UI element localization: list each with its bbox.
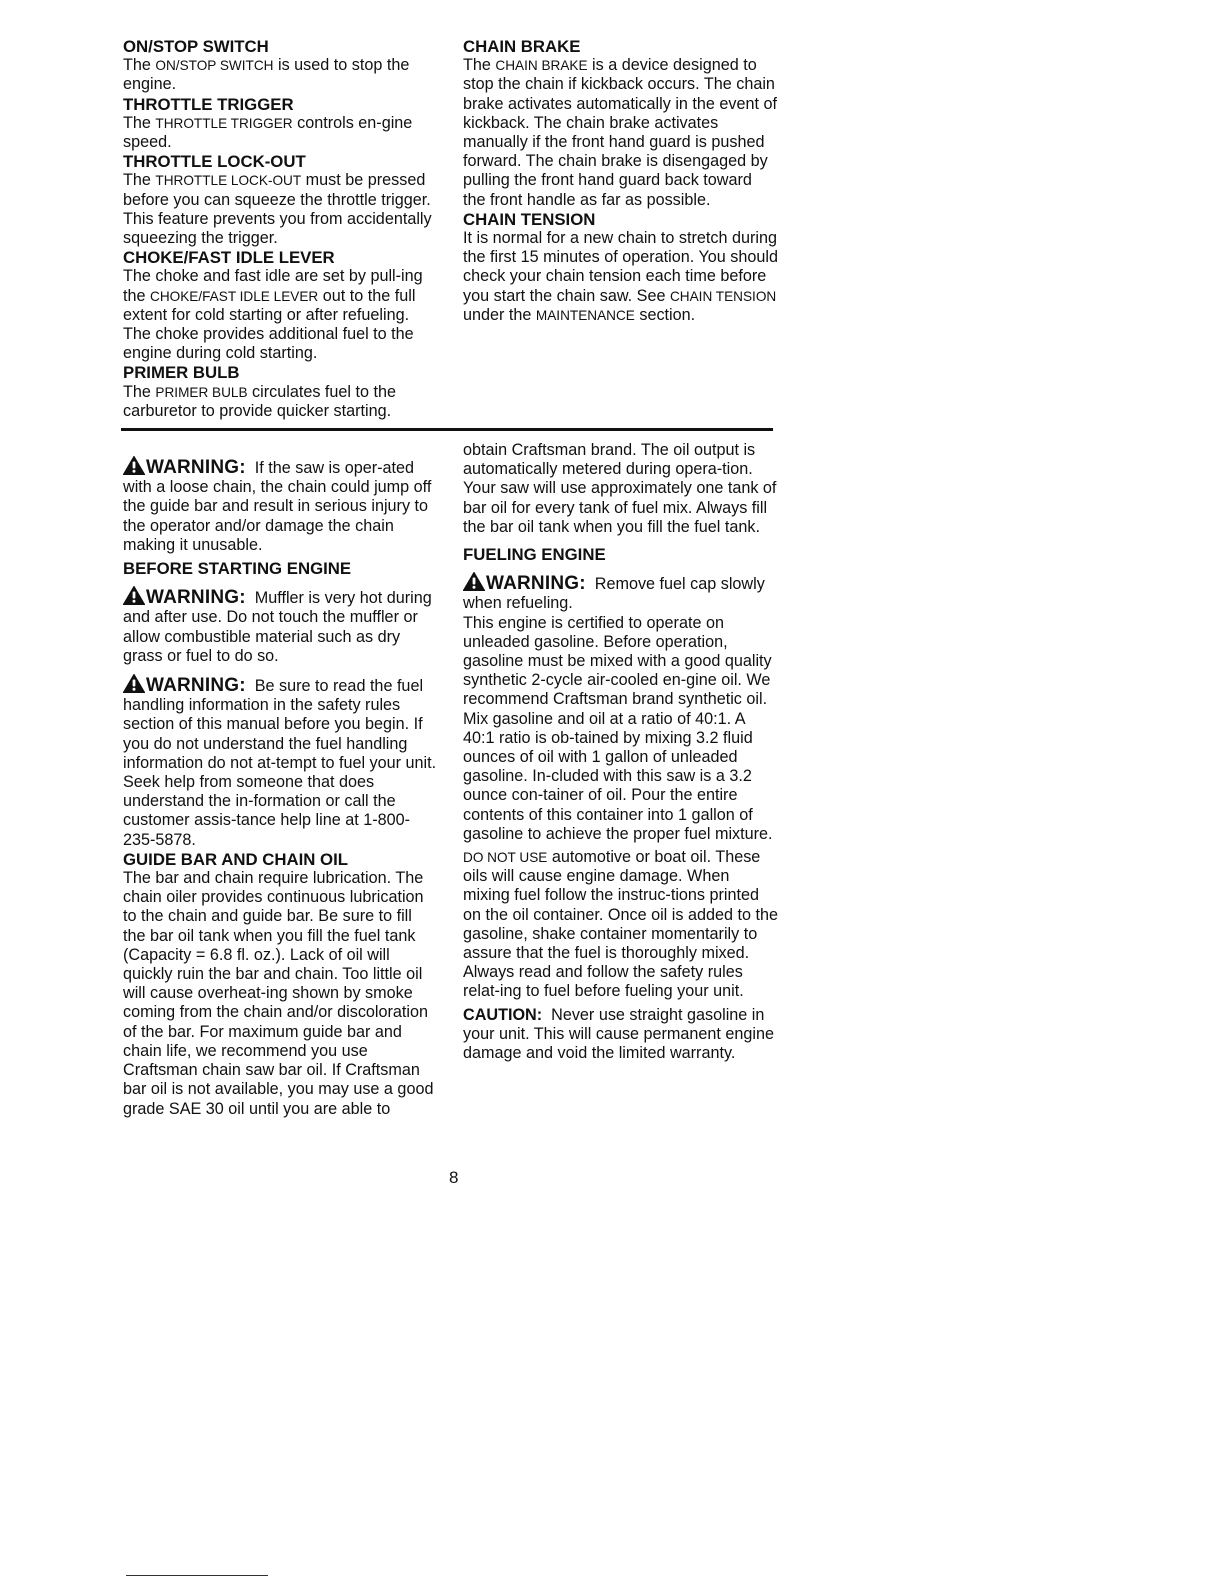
- heading-guide-bar-and-chain-oil: GUIDE BAR AND CHAIN OIL: [123, 850, 438, 869]
- warning-loose-chain: WARNING: If the saw is oper-ated with a …: [123, 456, 438, 555]
- warning-label: WARNING:: [486, 573, 586, 594]
- heading-throttle-lock-out: THROTTLE LOCK-OUT: [123, 152, 438, 171]
- term: CHAIN BRAKE: [495, 58, 587, 73]
- top-right-column: CHAIN BRAKE The CHAIN BRAKE is a device …: [463, 37, 778, 325]
- text: The: [123, 171, 155, 189]
- warning-triangle-icon: [123, 586, 145, 605]
- warning-fuel-cap: WARNING: Remove fuel cap slowly when ref…: [463, 572, 778, 613]
- page-number: 8: [449, 1168, 458, 1188]
- body-do-not-use: DO NOT USE automotive or boat oil. These…: [463, 848, 778, 1002]
- text: The: [463, 56, 495, 74]
- body-choke-fast-idle-lever: The choke and fast idle are set by pull-…: [123, 267, 438, 363]
- section-divider: [121, 428, 773, 431]
- term: DO NOT USE: [463, 850, 547, 865]
- text: under the: [463, 306, 536, 324]
- caution-label: CAUTION:: [463, 1006, 542, 1024]
- bottom-left-column: WARNING: If the saw is oper-ated with a …: [123, 456, 438, 1119]
- top-left-column: ON/STOP SWITCH The ON/STOP SWITCH is use…: [123, 37, 438, 421]
- warning-text: Be sure to read the fuel handling inform…: [123, 677, 441, 849]
- heading-choke-fast-idle-lever: CHOKE/FAST IDLE LEVER: [123, 248, 438, 267]
- term: CHAIN TENSION: [670, 289, 776, 304]
- caution-note: CAUTION: Never use straight gasoline in …: [463, 1006, 778, 1064]
- warning-triangle-icon: [123, 674, 145, 693]
- body-throttle-trigger: The THROTTLE TRIGGER controls en-gine sp…: [123, 114, 438, 152]
- warning-muffler: WARNING: Muffler is very hot during and …: [123, 586, 438, 666]
- body-throttle-lock-out: The THROTTLE LOCK-OUT must be pressed be…: [123, 171, 438, 248]
- term: CHOKE/FAST IDLE LEVER: [150, 289, 318, 304]
- term: THROTTLE TRIGGER: [155, 116, 292, 131]
- warning-label: WARNING:: [146, 675, 246, 696]
- body-fueling-engine: This engine is certified to operate on u…: [463, 614, 778, 844]
- text: The: [123, 383, 155, 401]
- body-on-stop-switch: The ON/STOP SWITCH is used to stop the e…: [123, 56, 438, 94]
- text: The: [123, 56, 155, 74]
- term: MAINTENANCE: [536, 308, 635, 323]
- bottom-right-column: obtain Craftsman brand. The oil output i…: [463, 441, 778, 1063]
- text: The: [123, 114, 155, 132]
- heading-before-starting-engine: BEFORE STARTING ENGINE: [123, 559, 438, 578]
- text: is a device designed to stop the chain i…: [463, 56, 777, 208]
- warning-label: WARNING:: [146, 587, 246, 608]
- body-guide-bar-continued: obtain Craftsman brand. The oil output i…: [463, 441, 778, 537]
- text: automotive or boat oil. These oils will …: [463, 848, 778, 1000]
- term: ON/STOP SWITCH: [155, 58, 273, 73]
- heading-throttle-trigger: THROTTLE TRIGGER: [123, 95, 438, 114]
- warning-triangle-icon: [463, 572, 485, 591]
- text: section.: [635, 306, 695, 324]
- heading-fueling-engine: FUELING ENGINE: [463, 545, 778, 564]
- term: THROTTLE LOCK-OUT: [155, 173, 301, 188]
- heading-on-stop-switch: ON/STOP SWITCH: [123, 37, 438, 56]
- body-chain-tension: It is normal for a new chain to stretch …: [463, 229, 778, 325]
- heading-chain-brake: CHAIN BRAKE: [463, 37, 778, 56]
- heading-primer-bulb: PRIMER BULB: [123, 363, 438, 382]
- term: PRIMER BULB: [155, 385, 247, 400]
- body-guide-bar-and-chain-oil: The bar and chain require lubrication. T…: [123, 869, 438, 1119]
- warning-label: WARNING:: [146, 457, 246, 478]
- warning-triangle-icon: [123, 456, 145, 475]
- bottom-link-underline: [126, 1575, 268, 1576]
- heading-chain-tension: CHAIN TENSION: [463, 210, 778, 229]
- body-primer-bulb: The PRIMER BULB circulates fuel to the c…: [123, 383, 438, 421]
- body-chain-brake: The CHAIN BRAKE is a device designed to …: [463, 56, 778, 210]
- warning-fuel-handling: WARNING: Be sure to read the fuel handli…: [123, 674, 438, 850]
